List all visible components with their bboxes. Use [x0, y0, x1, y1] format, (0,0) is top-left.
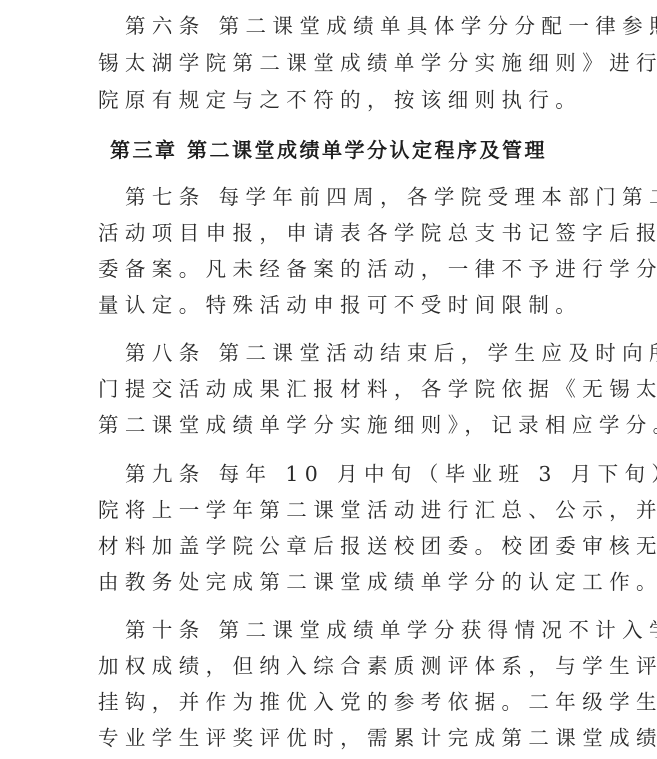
article-line: 第六条 第二课堂成绩单具体学分分配一律参照《无 [125, 13, 587, 39]
article-line: 加权成绩，但纳入综合素质测评体系，与学生评奖评优 [98, 653, 560, 679]
article-line: 由教务处完成第二课堂成绩单学分的认定工作。 [98, 569, 560, 595]
article-line: 活动项目申报，申请表各学院总支书记签字后报送校团 [98, 220, 560, 246]
article-line: 量认定。特殊活动申报可不受时间限制。 [98, 292, 560, 318]
article-line: 专业学生评奖评优时，需累计完成第二课堂成绩单总学 [98, 725, 560, 751]
article-line: 锡太湖学院第二课堂成绩单学分实施细则》进行，各学 [98, 50, 560, 76]
article-line: 门提交活动成果汇报材料，各学院依据《无锡太湖学院 [98, 376, 560, 402]
chapter-heading: 第三章 第二课堂成绩单学分认定程序及管理 [0, 137, 657, 163]
article-line: 第九条 每年 10 月中旬（毕业班 3 月下旬），各学 [125, 461, 587, 487]
article-line: 院将上一学年第二课堂活动进行汇总、公示，并将相关 [98, 497, 560, 523]
article-line: 第八条 第二课堂活动结束后，学生应及时向所在部 [125, 340, 587, 366]
article-line: 材料加盖学院公章后报送校团委。校团委审核无误后， [98, 533, 560, 559]
article-line: 第二课堂成绩单学分实施细则》，记录相应学分。 [98, 412, 560, 438]
article-line: 挂钩，并作为推优入党的参考依据。二年级学生及转本 [98, 689, 560, 715]
article-line: 院原有规定与之不符的，按该细则执行。 [98, 87, 560, 113]
article-line: 委备案。凡未经备案的活动，一律不予进行学分及工作 [98, 256, 560, 282]
article-line: 第七条 每学年前四周，各学院受理本部门第二课堂 [125, 184, 587, 210]
article-line: 第十条 第二课堂成绩单学分获得情况不计入学业 [125, 617, 587, 643]
document-page: 第六条 第二课堂成绩单具体学分分配一律参照《无 锡太湖学院第二课堂成绩单学分实施… [0, 0, 657, 759]
